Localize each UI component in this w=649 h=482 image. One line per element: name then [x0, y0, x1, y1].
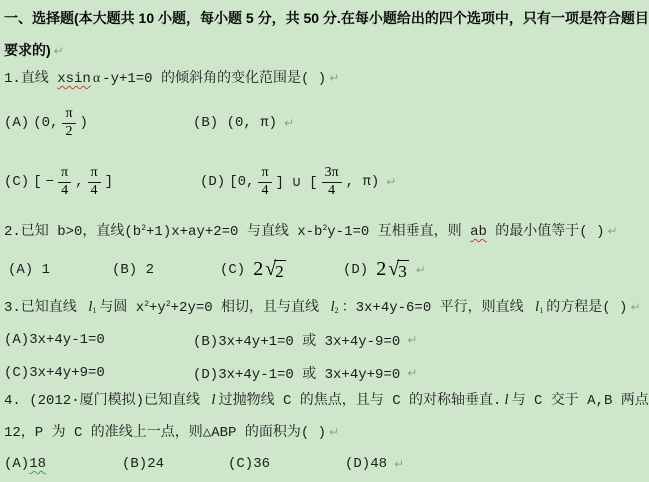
section-heading-line1: 一、选择题(本大题共 10 小题，每小题 5 分，共 50 分.在每小题给出的四… [4, 8, 649, 28]
question-2-option-a: (A) 1 [8, 252, 50, 288]
radicand: 3 [397, 260, 409, 282]
question-3-options-row-2: (C)3x+4y+9=0 (D)3x+4y-1=0 或 3x+4y+9=0↵ [0, 362, 649, 384]
text-run: 的最小值等于( ) [487, 224, 605, 240]
subscript-1: 1 [92, 306, 96, 315]
fraction-denominator: 4 [258, 182, 271, 199]
radical-expression-2-sqrt-2: 2√2 [253, 258, 285, 282]
paragraph-mark-icon: ↵ [630, 300, 640, 314]
paragraph-mark-icon: ↵ [416, 263, 426, 277]
coefficient: 2 [253, 258, 263, 281]
question-4-options-row: (A)18 (B)24 (C)36 (D)48↵ [0, 453, 649, 475]
question-1-option-a: (A) (0, π 2 ) [4, 98, 88, 148]
question-3-option-c: (C)3x+4y+9=0 [4, 362, 105, 384]
text-run: 12，P 为 C 的准线上一点，则△ABP 的面积为( ) [4, 425, 326, 441]
fraction-denominator: 4 [88, 182, 101, 199]
text-run: 与圆 x [99, 300, 144, 316]
fraction-denominator: 4 [58, 182, 71, 199]
option-label: (D) [343, 262, 368, 278]
option-label: (A) [4, 115, 29, 131]
text-run: 1.直线 [4, 71, 57, 87]
fraction-denominator: 4 [322, 182, 342, 199]
question-2-options-row: (A) 1 (B) 2 (C) 2√2 (D) 2√3 ↵ [0, 252, 649, 288]
text-run: -y+1=0 的倾斜角的变化范围是( ) [102, 71, 326, 87]
question-4-option-b: (B)24 [122, 453, 164, 475]
text-run: (0, [33, 115, 58, 131]
fraction-pi-over-2: π 2 [62, 106, 75, 139]
question-2-stem: 2.已知 b>0，直线(b2+1)x+ay+2=0 与直线 x-b2y-1=0 … [4, 221, 618, 242]
text-run: 的方程是( ) [546, 300, 627, 316]
exam-document-page: 一、选择题(本大题共 10 小题，每小题 5 分，共 50 分.在每小题给出的四… [0, 0, 649, 482]
option-text: (C)36 [228, 456, 270, 472]
question-4-option-d: (D)48↵ [345, 453, 404, 475]
fraction-pi-over-4: π 4 [58, 165, 71, 198]
variable-l: l [211, 392, 215, 408]
paragraph-mark-icon: ↵ [394, 457, 404, 471]
fraction-pi-over-4: π 4 [258, 165, 271, 198]
text-run: 4. (2012·厦门模拟)已知直线 [4, 393, 208, 409]
coefficient: 2 [376, 258, 386, 281]
variable-l: l1 [535, 299, 543, 315]
minus-sign: − [46, 174, 54, 190]
option-text: (A) 1 [8, 262, 50, 278]
option-label: (C) [4, 174, 29, 190]
text-run: 2.已知 b>0，直线(b [4, 224, 141, 240]
question-4-option-a: (A)18 [4, 453, 46, 475]
option-label: (D) [200, 174, 225, 190]
text-run: ) [80, 115, 88, 131]
section-heading-line2: 要求的)↵ [4, 40, 64, 61]
paragraph-mark-icon: ↵ [386, 175, 396, 189]
question-1-options-row-1: (A) (0, π 2 ) (B) (0, π)↵ [0, 98, 649, 148]
grammar-flagged-value: 18 [29, 456, 46, 472]
question-3-stem: 3.已知直线 l1与圆 x2+y2+2y=0 相切，且与直线 l2：3x+4y-… [4, 297, 641, 318]
fraction-numerator: 3π [322, 165, 342, 181]
question-1-options-row-2: (C) [ − π 4 , π 4 ] (D) [0, π 4 ] ∪ [ 3π [0, 156, 649, 208]
option-text: (B)24 [122, 456, 164, 472]
text-run: ] [105, 174, 113, 190]
heading-text: 要求的) [4, 42, 51, 58]
variable-l: l1 [88, 299, 96, 315]
alpha-symbol: α [93, 71, 100, 86]
paragraph-mark-icon: ↵ [407, 366, 417, 380]
radicand: 2 [274, 260, 286, 282]
text-run: +2y=0 相切，且与直线 [171, 300, 328, 316]
paragraph-mark-icon: ↵ [54, 44, 64, 58]
paragraph-mark-icon: ↵ [329, 425, 339, 439]
option-text: (A)3x+4y-1=0 [4, 332, 105, 348]
fraction-numerator: π [62, 106, 75, 122]
question-2-option-d: (D) 2√3 ↵ [343, 252, 426, 288]
text-run: , [75, 174, 83, 190]
variable-l: l2 [330, 299, 338, 315]
text-run: , π) [346, 174, 380, 190]
question-1-option-c: (C) [ − π 4 , π 4 ] [4, 156, 113, 208]
text-run: ：3x+4y-6=0 平行，则直线 [342, 300, 532, 316]
option-text: (B)3x+4y+1=0 或 3x+4y-9=0 [193, 330, 400, 350]
subscript-1: 1 [539, 306, 543, 315]
union-symbol: ] ∪ [ [276, 174, 318, 191]
fraction-numerator: π [258, 165, 271, 181]
text-run: [ [33, 174, 41, 190]
question-3-options-row-1: (A)3x+4y-1=0 (B)3x+4y+1=0 或 3x+4y-9=0↵ [0, 329, 649, 351]
text-run: +1)x+ay+2=0 与直线 x-b [146, 224, 322, 240]
text-run: 3.已知直线 [4, 300, 85, 316]
text-run: [0, [229, 174, 254, 190]
fraction-numerator: π [58, 165, 71, 181]
text-run: +y [149, 300, 166, 316]
question-2-option-c: (C) 2√2 [220, 252, 286, 288]
variable-l: l [504, 392, 508, 408]
question-2-option-b: (B) 2 [112, 252, 154, 288]
option-text: (B) 2 [112, 262, 154, 278]
fraction-pi-over-4: π 4 [88, 165, 101, 198]
paragraph-mark-icon: ↵ [329, 71, 339, 85]
text-run: 与 C 交于 A,B 两点，|AB|= [512, 393, 649, 409]
option-text: (D)3x+4y-1=0 或 3x+4y+9=0 [193, 363, 400, 383]
option-text: (C)3x+4y+9=0 [4, 365, 105, 381]
fraction-3pi-over-4: 3π 4 [322, 165, 342, 198]
question-4-stem-line2: 12，P 为 C 的准线上一点，则△ABP 的面积为( )↵ [4, 422, 339, 443]
question-3-option-d: (D)3x+4y-1=0 或 3x+4y+9=0↵ [193, 362, 417, 384]
subscript-2: 2 [335, 306, 339, 315]
question-4-stem-line1: 4. (2012·厦门模拟)已知直线 l过抛物线 C 的焦点，且与 C 的对称轴… [4, 390, 649, 411]
option-label: (C) [220, 262, 245, 278]
question-1-stem: 1.直线 xsinα-y+1=0 的倾斜角的变化范围是( )↵ [4, 68, 339, 89]
paragraph-mark-icon: ↵ [284, 116, 294, 130]
misspelled-word: xsin [57, 71, 91, 87]
fraction-numerator: π [88, 165, 101, 181]
option-text: (D)48 [345, 456, 387, 472]
misspelled-word: ab [470, 224, 487, 240]
text-run: 过抛物线 C 的焦点，且与 C 的对称轴垂直. [219, 393, 502, 409]
radical-expression-2-sqrt-3: 2√3 [376, 258, 408, 282]
question-3-option-a: (A)3x+4y-1=0 [4, 329, 105, 351]
option-text: (B) (0, π) [193, 115, 277, 131]
paragraph-mark-icon: ↵ [407, 333, 417, 347]
question-4-option-c: (C)36 [228, 453, 270, 475]
text-run: y-1=0 互相垂直，则 [327, 224, 470, 240]
question-3-option-b: (B)3x+4y+1=0 或 3x+4y-9=0↵ [193, 329, 417, 351]
fraction-denominator: 2 [62, 123, 75, 140]
question-1-option-b: (B) (0, π)↵ [193, 98, 294, 148]
paragraph-mark-icon: ↵ [608, 224, 618, 238]
option-label: (A) [4, 456, 29, 472]
question-1-option-d: (D) [0, π 4 ] ∪ [ 3π 4 , π)↵ [200, 156, 396, 208]
